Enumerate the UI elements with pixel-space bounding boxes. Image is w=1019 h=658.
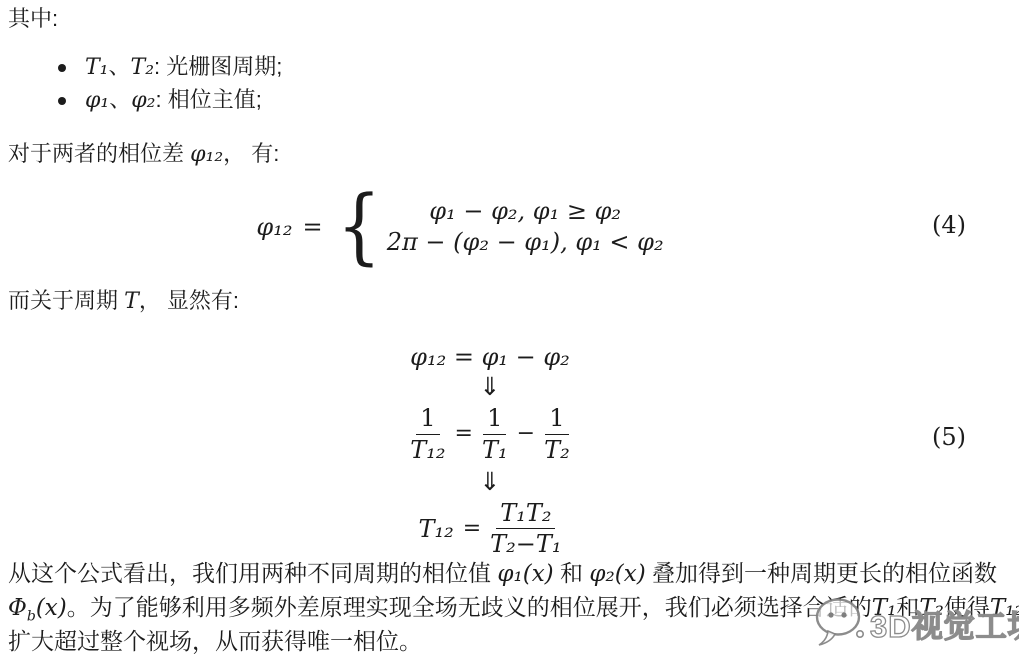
fraction: 1T₁₂ xyxy=(410,404,445,465)
paragraph-text: 从这个公式看出，我们用两种不同周期的相位值 xyxy=(8,560,497,586)
down-arrow-icon: ⇓ xyxy=(480,470,501,494)
math-lhs: T₁₂ xyxy=(418,516,453,542)
paragraph-text: 对于两者的相位差 xyxy=(8,141,190,166)
fraction: T₁T₂T₂−T₁ xyxy=(490,499,561,560)
math-symbol: φ₁(x) xyxy=(497,561,553,587)
fraction: 1T₁ xyxy=(482,404,508,465)
paragraph-text: 叠加得到一种周期更长的相位函数 xyxy=(646,560,997,586)
math-lhs: φ₁₂ xyxy=(256,213,292,241)
case-bottom: 2π − (φ₂ − φ₁), φ₁ < φ₂ xyxy=(387,227,664,258)
cases-block: φ₁ − φ₂, φ₁ ≥ φ₂ 2π − (φ₂ − φ₁), φ₁ < φ₂ xyxy=(387,196,664,258)
paragraph-final: 从这个公式看出，我们用两种不同周期的相位值 φ₁(x) 和 φ₂(x) 叠加得到… xyxy=(8,556,1019,658)
math-symbol: T₁ xyxy=(872,595,897,621)
equation-4-body: φ₁₂ = { φ₁ − φ₂, φ₁ ≥ φ₂ 2π − (φ₂ − φ₁),… xyxy=(256,194,663,260)
denominator: T₂ xyxy=(544,435,570,465)
math-symbol: φ₁ xyxy=(85,88,109,113)
paragraph-text: ， 有: xyxy=(223,141,279,166)
math-symbol: T₂ xyxy=(919,595,944,621)
bullet-text: : 光栅图周期; xyxy=(154,54,282,79)
bullet-list: T₁、T₂: 光栅图周期; φ₁、φ₂: 相位主值; xyxy=(0,50,282,116)
paragraph-text: ， 显然有: xyxy=(139,288,239,313)
paragraph-text: 使得 xyxy=(944,594,990,620)
left-brace: { xyxy=(336,194,380,260)
math-symbol: φ₂(x) xyxy=(589,561,645,587)
document-page: 其中: T₁、T₂: 光栅图周期; φ₁、φ₂: 相位主值; 对于两者的相位差 … xyxy=(0,0,1019,658)
fraction: 1T₂ xyxy=(544,404,570,465)
minus-sign: − xyxy=(517,421,535,447)
paragraph-text: 而关于周期 xyxy=(8,288,124,313)
equation-5: φ₁₂ = φ₁ − φ₂ ⇓ 1T₁₂ = 1T₁ − 1T₂ ⇓ T₁₂ =… xyxy=(0,344,980,559)
paragraph-text: 和 xyxy=(896,594,919,620)
denominator: T₁₂ xyxy=(410,435,445,465)
eq5-row3: T₁₂ = T₁T₂T₂−T₁ xyxy=(418,499,561,560)
numerator: 1 xyxy=(416,404,439,435)
math-symbol: T xyxy=(124,289,139,314)
bullet-icon xyxy=(58,97,66,105)
math-symbol: Φb(x) xyxy=(8,595,67,621)
separator: 、 xyxy=(109,54,131,79)
intro-label: 其中: xyxy=(8,6,58,32)
paragraph-phase-diff: 对于两者的相位差 φ₁₂， 有: xyxy=(8,141,279,170)
paragraph-line: Φb(x)。为了能够利用多频外差原理实现全场无歧义的相位展开，我们必须选择合适的… xyxy=(8,590,1019,624)
paragraph-period: 而关于周期 T， 显然有: xyxy=(8,288,239,317)
subscript: b xyxy=(27,609,36,625)
paragraph-text: 和 xyxy=(554,560,590,586)
numerator: 1 xyxy=(545,404,568,435)
paragraph-line: 扩大超过整个视场，从而获得唯一相位。 xyxy=(8,624,1019,658)
numerator: T₁T₂ xyxy=(496,499,555,530)
equation-5-number: (5) xyxy=(932,423,966,451)
equals-sign: = xyxy=(455,421,473,447)
paragraph-line: 从这个公式看出，我们用两种不同周期的相位值 φ₁(x) 和 φ₂(x) 叠加得到… xyxy=(8,556,1019,590)
equals-sign: = xyxy=(302,213,322,241)
list-item: φ₁、φ₂: 相位主值; xyxy=(0,83,282,116)
eq5-row2: 1T₁₂ = 1T₁ − 1T₂ xyxy=(410,404,569,465)
math-symbol: T₁ xyxy=(85,55,109,80)
case-top: φ₁ − φ₂, φ₁ ≥ φ₂ xyxy=(387,196,664,227)
paragraph-text: 。为了能够利用多频外差原理实现全场无歧义的相位展开，我们必须选择合适的 xyxy=(67,594,872,620)
bullet-icon xyxy=(58,64,66,72)
equation-4: φ₁₂ = { φ₁ − φ₂, φ₁ ≥ φ₂ 2π − (φ₂ − φ₁),… xyxy=(0,191,920,263)
denominator: T₂−T₁ xyxy=(490,529,561,559)
bullet-text: : 相位主值; xyxy=(155,87,261,112)
denominator: T₁ xyxy=(482,435,508,465)
equation-4-number: (4) xyxy=(932,211,966,239)
list-item: T₁、T₂: 光栅图周期; xyxy=(0,50,282,83)
math-symbol: T₁₂ xyxy=(990,595,1019,621)
equals-sign: = xyxy=(463,516,481,542)
eq5-row1: φ₁₂ = φ₁ − φ₂ xyxy=(410,344,570,370)
math-symbol: φ₂ xyxy=(131,88,155,113)
math-symbol: T₂ xyxy=(131,55,155,80)
numerator: 1 xyxy=(483,404,506,435)
separator: 、 xyxy=(109,87,131,112)
down-arrow-icon: ⇓ xyxy=(480,375,501,399)
math-symbol: φ₁₂ xyxy=(190,142,223,167)
